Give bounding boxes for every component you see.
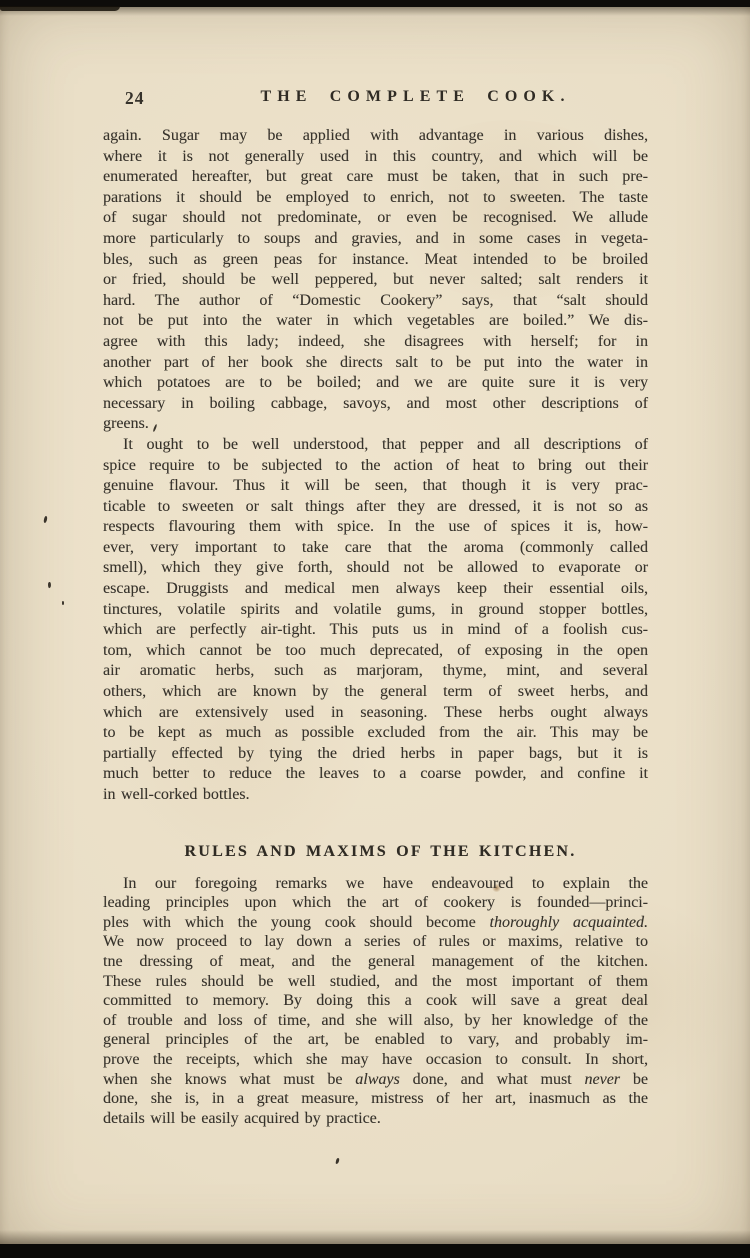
- text-line: parations it should be employed to enric…: [103, 188, 648, 209]
- text-line: more particularly to soups and gravies, …: [103, 229, 648, 250]
- text-line: another part of her book she directs sal…: [103, 353, 648, 374]
- section-heading: RULES AND MAXIMS OF THE KITCHEN.: [108, 843, 653, 861]
- text-line: to be kept as much as possible excluded …: [103, 723, 648, 744]
- text-line: not be put into the water in which veget…: [103, 311, 648, 332]
- text-line: We now proceed to lay down a series of r…: [103, 932, 648, 952]
- text-line: greens.: [103, 414, 648, 435]
- text-segment: done, and what must: [400, 1071, 585, 1088]
- text-line: air aromatic herbs, such as marjoram, th…: [103, 661, 648, 682]
- ink-speck: [43, 516, 48, 524]
- scan-edge-top: [0, 0, 750, 7]
- text-line: ticable to sweeten or salt things after …: [103, 497, 648, 518]
- text-line: of trouble and loss of time, and she wil…: [103, 1011, 648, 1031]
- scan-edge-bottom: [0, 1244, 750, 1258]
- paragraph-sugar-and-salt: again. Sugar may be applied with advanta…: [103, 126, 648, 435]
- page-header: 24 THE COMPLETE COOK.: [103, 88, 648, 112]
- text-line: escape. Druggists and medical men always…: [103, 579, 648, 600]
- text-segment: ples with which the young cook should be…: [103, 914, 490, 931]
- italic-text: never: [585, 1071, 621, 1088]
- ink-speck: [62, 601, 64, 605]
- text-line: leading principles upon which the art of…: [103, 893, 648, 913]
- ink-speck: [336, 1158, 340, 1164]
- text-line: general principles of the art, be enable…: [103, 1030, 648, 1050]
- text-line: enumerated hereafter, but great care mus…: [103, 167, 648, 188]
- text-line: agree with this lady; indeed, she disagr…: [103, 332, 648, 353]
- text-line: These rules should be well studied, and …: [103, 972, 648, 992]
- ink-speck: [48, 582, 52, 588]
- text-line: genuine flavour. Thus it will be seen, t…: [103, 476, 648, 497]
- text-segment: when she knows what must be: [103, 1071, 355, 1088]
- text-line: in well-corked bottles.: [103, 785, 648, 806]
- text-line: which are extensively used in seasoning.…: [103, 703, 648, 724]
- text-line: tne dressing of meat, and the general ma…: [103, 952, 648, 972]
- text-line: of sugar should not predominate, or even…: [103, 208, 648, 229]
- text-line: partially effected by tying the dried he…: [103, 744, 648, 765]
- text-line: necessary in boiling cabbage, savoys, an…: [103, 394, 648, 415]
- italic-text: thoroughly acquainted.: [490, 914, 648, 931]
- text-line: It ought to be well understood, that pep…: [103, 435, 648, 456]
- text-line: when she knows what must be always done,…: [103, 1070, 648, 1090]
- text-line: done, she is, in a great measure, mistre…: [103, 1089, 648, 1109]
- page-number: 24: [125, 88, 145, 109]
- running-title: THE COMPLETE COOK.: [143, 88, 688, 106]
- text-line: others, which are known by the general t…: [103, 682, 648, 703]
- text-line: again. Sugar may be applied with advanta…: [103, 126, 648, 147]
- text-line: respects flavouring them with spice. In …: [103, 517, 648, 538]
- text-line: prove the receipts, which she may have o…: [103, 1050, 648, 1070]
- text-line: much better to reduce the leaves to a co…: [103, 764, 648, 785]
- text-line: ever, very important to take care that t…: [103, 538, 648, 559]
- text-line: details will be easily acquired by pract…: [103, 1109, 648, 1129]
- text-line: tinctures, volatile spirits and volatile…: [103, 600, 648, 621]
- book-page-scan: 24 THE COMPLETE COOK. again. Sugar may b…: [0, 0, 750, 1258]
- text-line: tom, which cannot be too much deprecated…: [103, 641, 648, 662]
- text-line: In our foregoing remarks we have endeavo…: [103, 874, 648, 894]
- text-line: which potatoes are to be boiled; and we …: [103, 373, 648, 394]
- text-line: which are perfectly air-tight. This puts…: [103, 620, 648, 641]
- text-line: smell), which they give forth, should no…: [103, 558, 648, 579]
- text-line: or fried, should be well peppered, but n…: [103, 270, 648, 291]
- text-segment: be: [620, 1071, 648, 1088]
- text-line: bles, such as green peas for instance. M…: [103, 250, 648, 271]
- text-line: committed to memory. By doing this a coo…: [103, 991, 648, 1011]
- italic-text: always: [355, 1071, 399, 1088]
- page-content: 24 THE COMPLETE COOK. again. Sugar may b…: [103, 88, 648, 1128]
- paragraph-rules-intro: In our foregoing remarks we have endeavo…: [103, 874, 648, 1129]
- text-line: spice require to be subjected to the act…: [103, 456, 648, 477]
- text-line: hard. The author of “Domestic Cookery” s…: [103, 291, 648, 312]
- text-line: where it is not generally used in this c…: [103, 147, 648, 168]
- paragraph-spice-and-herbs: It ought to be well understood, that pep…: [103, 435, 648, 806]
- text-line: ples with which the young cook should be…: [103, 913, 648, 933]
